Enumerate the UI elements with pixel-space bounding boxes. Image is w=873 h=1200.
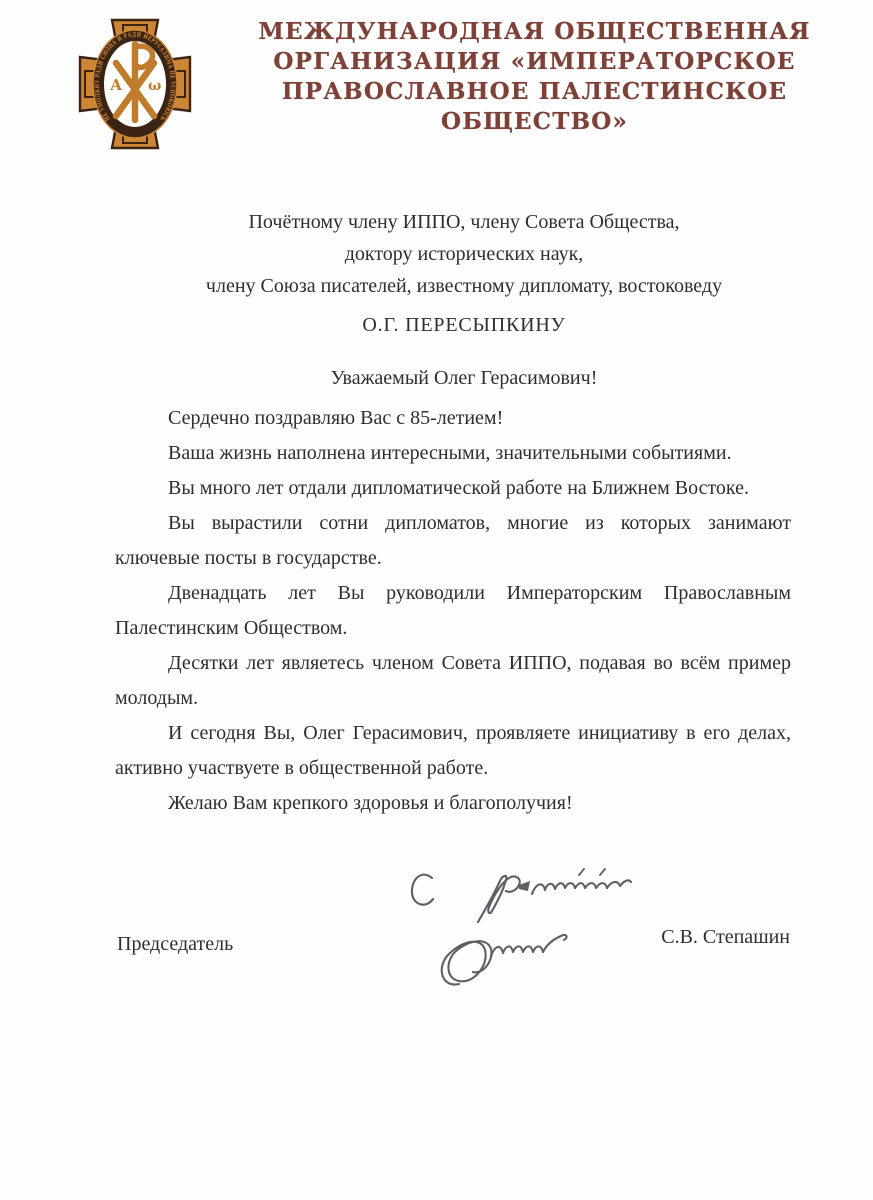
signature-row: Председатель С.В. Степашин bbox=[117, 933, 790, 956]
org-title-line-2: ОРГАНИЗАЦИЯ «ИМПЕРАТОРСКОЕ bbox=[196, 47, 873, 77]
alpha-letter: А bbox=[110, 76, 123, 94]
letter-body: Сердечно поздравляю Вас с 85-летием! Ваш… bbox=[115, 401, 791, 821]
body-paragraph: Вы вырастили сотни дипломатов, многие из… bbox=[115, 506, 791, 576]
salutation: Уважаемый Олег Герасимович! bbox=[115, 367, 813, 390]
ippo-emblem-logo: НЕ УМОЛКНУ РАДИ СИОНА И РАДИ ИЕРУСАЛИМА … bbox=[74, 16, 196, 152]
addressee-line-2: доктору исторических наук, bbox=[115, 238, 813, 270]
signer-position-title: Председатель bbox=[117, 933, 233, 956]
addressee-line-3: члену Союза писателей, известному диплом… bbox=[115, 270, 813, 302]
omega-letter: ω bbox=[148, 78, 161, 94]
body-paragraph: Сердечно поздравляю Вас с 85-летием! bbox=[115, 401, 791, 436]
organization-title: МЕЖДУНАРОДНАЯ ОБЩЕСТВЕННАЯ ОРГАНИЗАЦИЯ «… bbox=[196, 0, 873, 137]
letterhead: НЕ УМОЛКНУ РАДИ СИОНА И РАДИ ИЕРУСАЛИМА … bbox=[0, 0, 873, 162]
body-paragraph: Двенадцать лет Вы руководили Императорск… bbox=[115, 576, 791, 646]
body-paragraph: Вы много лет отдали дипломатической рабо… bbox=[115, 471, 791, 506]
addressee-line-1: Почётному члену ИППО, члену Совета Общес… bbox=[115, 206, 813, 238]
org-title-line-1: МЕЖДУНАРОДНАЯ ОБЩЕСТВЕННАЯ bbox=[196, 17, 873, 47]
scanned-letter-page: НЕ УМОЛКНУ РАДИ СИОНА И РАДИ ИЕРУСАЛИМА … bbox=[0, 0, 873, 1200]
body-paragraph: Желаю Вам крепкого здоровья и благополуч… bbox=[115, 786, 791, 821]
org-title-line-3: ПРАВОСЛАВНОЕ ПАЛЕСТИНСКОЕ ОБЩЕСТВО» bbox=[196, 77, 873, 137]
addressee-block: Почётному члену ИППО, члену Совета Общес… bbox=[115, 206, 813, 302]
body-paragraph: Ваша жизнь наполнена интересными, значит… bbox=[115, 436, 791, 471]
signer-name: С.В. Степашин bbox=[661, 926, 790, 949]
handwritten-signature bbox=[382, 852, 666, 1000]
addressee-name: О.Г. ПЕРЕСЫПКИНУ bbox=[115, 314, 813, 337]
body-paragraph: Десятки лет являетесь членом Совета ИППО… bbox=[115, 646, 791, 716]
body-paragraph: И сегодня Вы, Олег Герасимович, проявляе… bbox=[115, 716, 791, 786]
